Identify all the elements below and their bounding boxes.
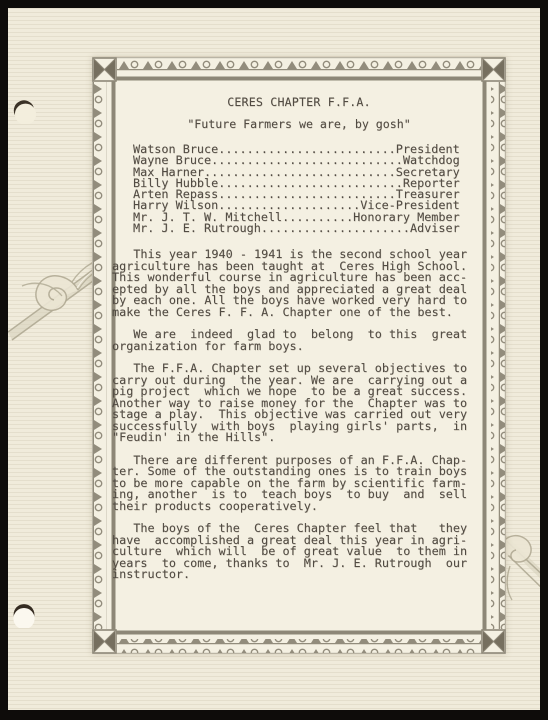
punch-hole-top-icon [13,100,37,124]
article-paragraph: We are indeed glad to belong to this gre… [112,329,467,352]
scan-frame: CERES CHAPTER F.F.A. "Future Farmers we … [0,0,548,720]
punch-hole-bottom-icon [12,604,36,628]
page-motto: "Future Farmers we are, by gosh" [92,117,506,131]
officer-roster: Watson Bruce.........................Pre… [133,144,460,234]
officer-line: Mr. J. E. Rutrough.....................A… [133,223,460,234]
page-title: CERES CHAPTER F.F.A. [92,95,506,109]
article-body: This year 1940 - 1941 is the second scho… [112,249,467,592]
article-paragraph: The boys of the Ceres Chapter feel that … [112,523,467,581]
article-paragraph: This year 1940 - 1941 is the second scho… [112,249,467,318]
article-paragraph: The F.F.A. Chapter set up several object… [112,363,467,444]
scrapbook-sheet: CERES CHAPTER F.F.A. "Future Farmers we … [92,57,506,654]
album-page: CERES CHAPTER F.F.A. "Future Farmers we … [8,8,540,710]
article-paragraph: There are different purposes of an F.F.A… [112,455,467,513]
